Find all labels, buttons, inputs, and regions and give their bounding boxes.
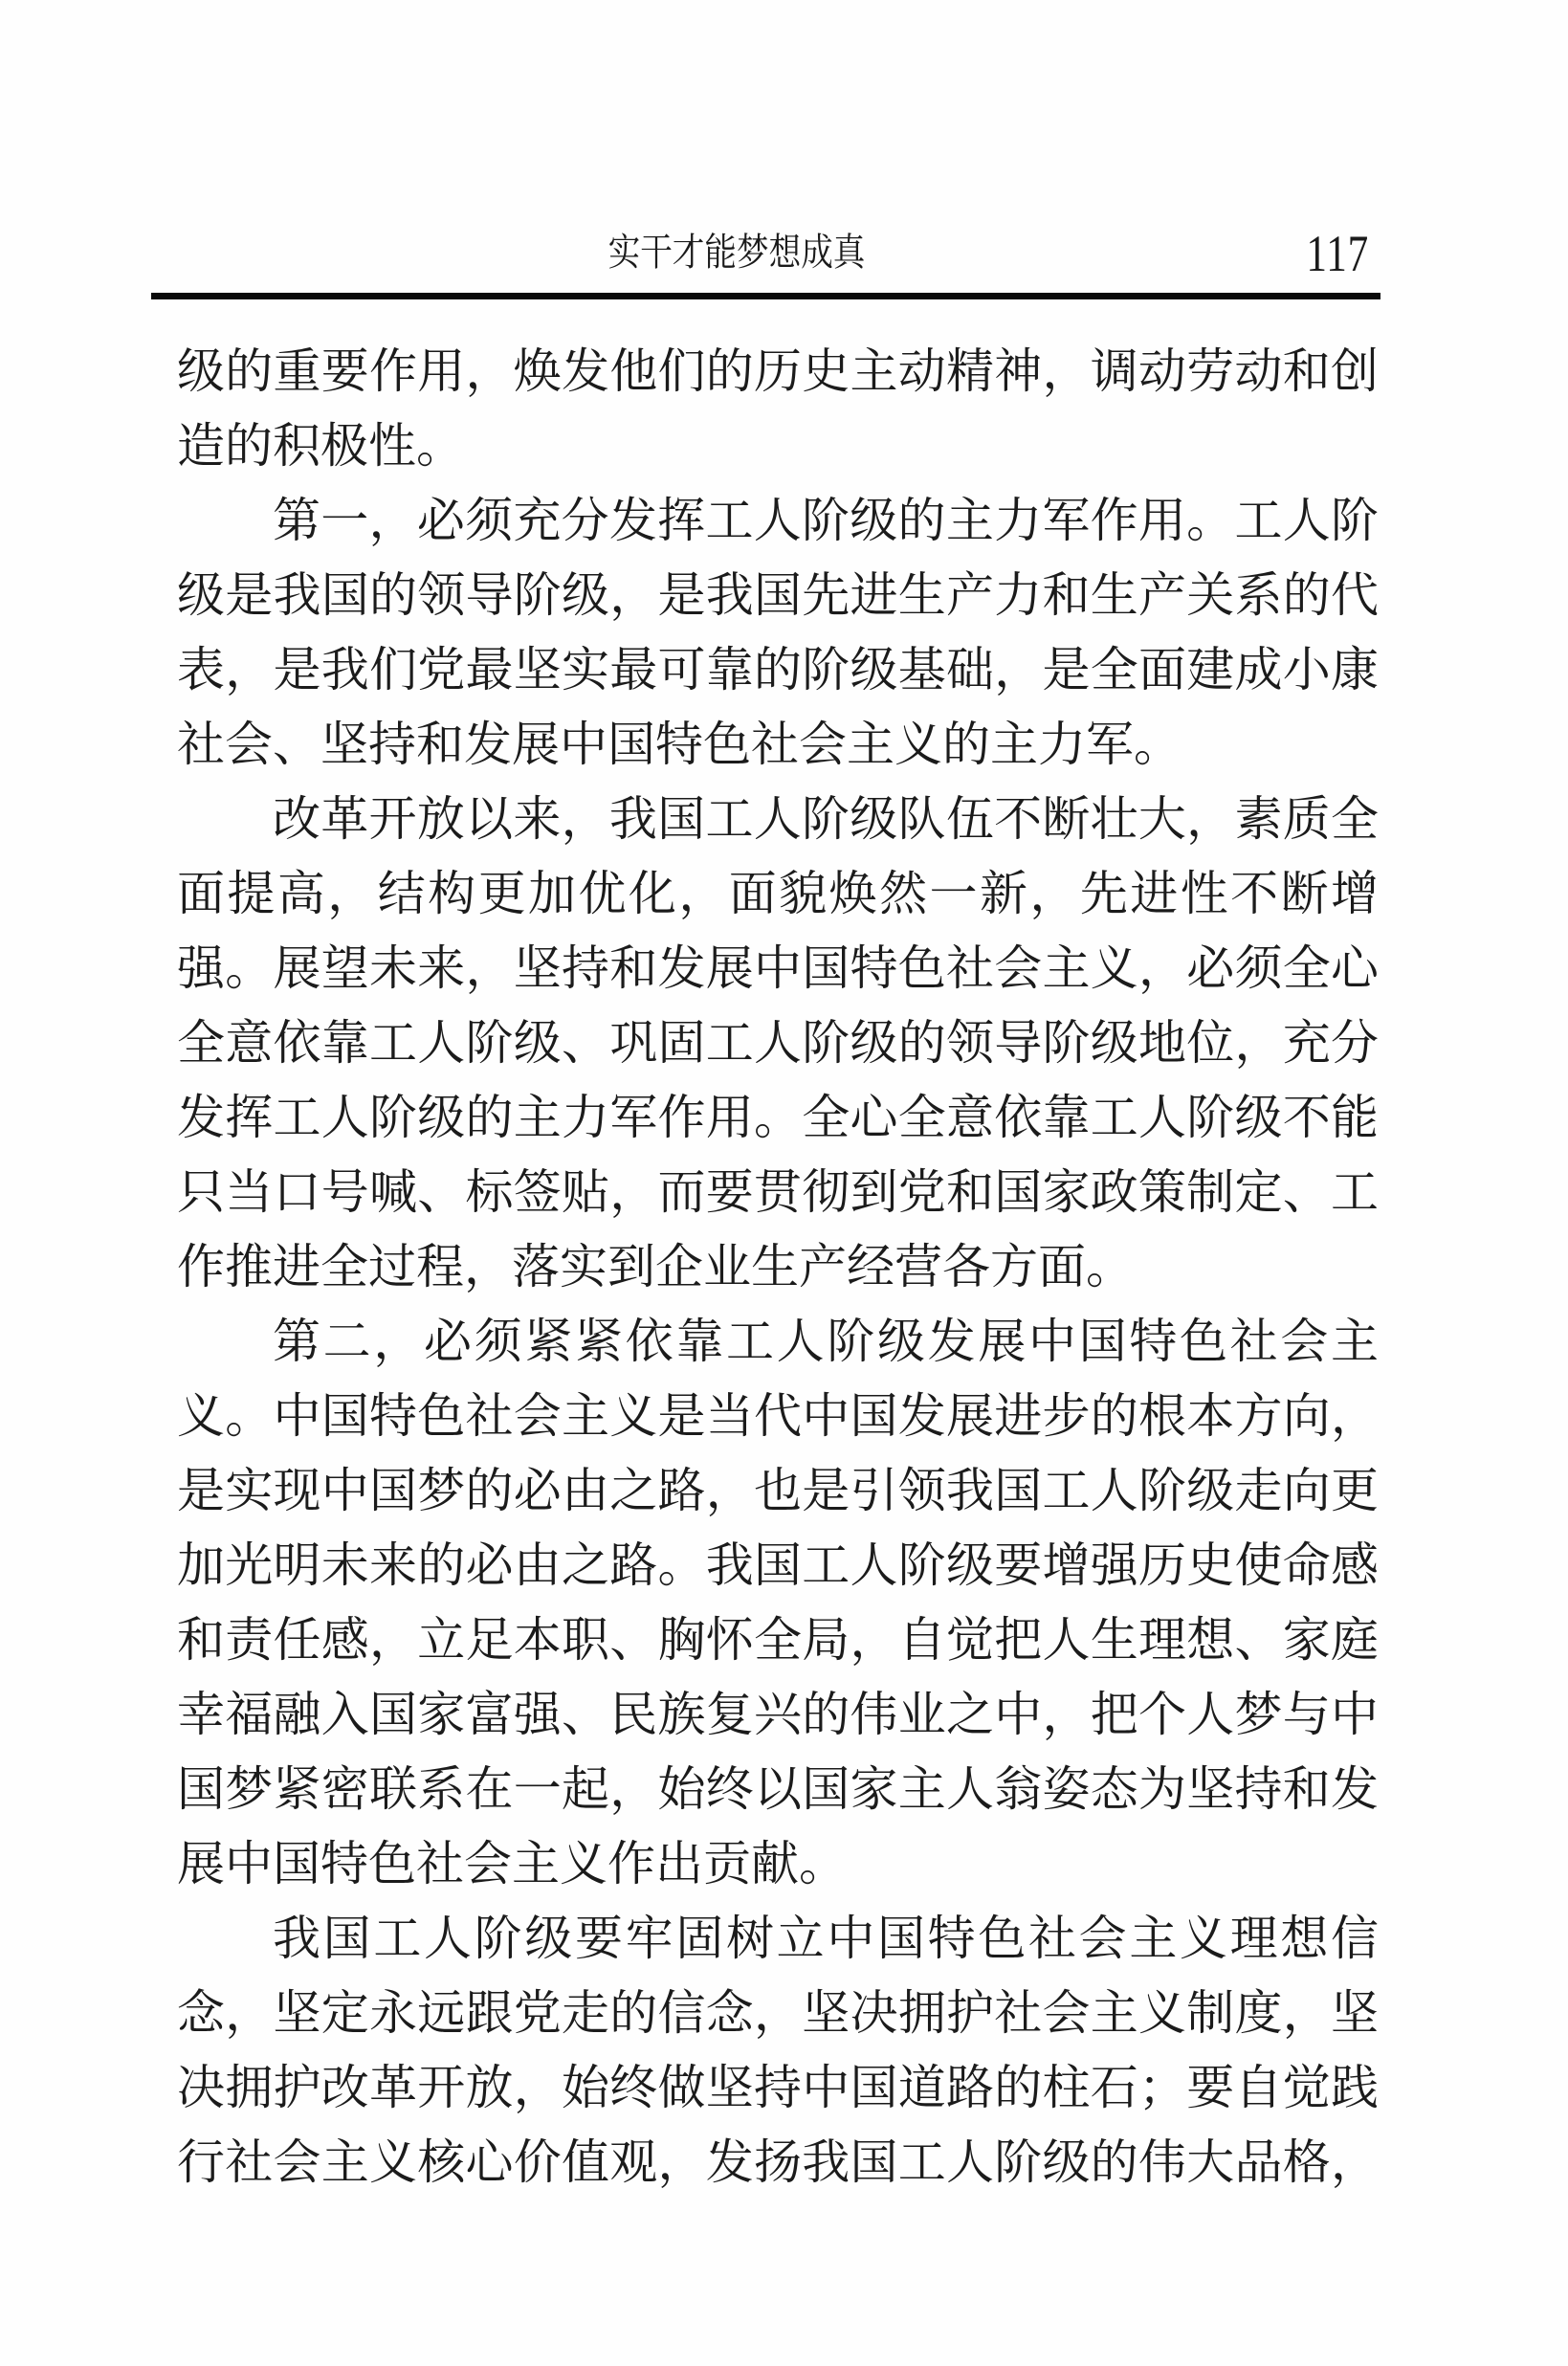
- text-line: 行社会主义核心价值观，发扬我国工人阶级的伟大品格，: [177, 2125, 1379, 2200]
- text-line: 级是我国的领导阶级，是我国先进生产力和生产关系的代: [177, 558, 1379, 632]
- text-line: 造的积极性。: [177, 409, 1379, 483]
- text-line: 义。中国特色社会主义是当代中国发展进步的根本方向，: [177, 1379, 1379, 1453]
- page-header: 实干才能梦想成真 117: [177, 230, 1379, 289]
- text-line: 幸福融入国家富强、民族复兴的伟业之中，把个人梦与中: [177, 1677, 1379, 1752]
- paragraph: 级的重要作用，焕发他们的历史主动精神，调动劳动和创造的积极性。: [177, 334, 1379, 483]
- text-line: 面提高，结构更加优化，面貌焕然一新，先进性不断增: [177, 856, 1379, 931]
- running-title: 实干才能梦想成真: [232, 232, 1241, 274]
- header-rule: [151, 293, 1380, 299]
- text-line: 强。展望未来，坚持和发展中国特色社会主义，必须全心: [177, 931, 1379, 1006]
- body-text: 级的重要作用，焕发他们的历史主动精神，调动劳动和创造的积极性。第一，必须充分发挥…: [177, 334, 1379, 2200]
- text-line: 国梦紧密联系在一起，始终以国家主人翁姿态为坚持和发: [177, 1752, 1379, 1826]
- page-number: 117: [1306, 230, 1369, 277]
- text-line: 决拥护改革开放，始终做坚持中国道路的柱石；要自觉践: [177, 2050, 1379, 2125]
- text-line: 我国工人阶级要牢固树立中国特色社会主义理想信: [177, 1901, 1379, 1976]
- text-line: 社会、坚持和发展中国特色社会主义的主力军。: [177, 707, 1379, 782]
- text-line: 展中国特色社会主义作出贡献。: [177, 1826, 1379, 1901]
- text-line: 发挥工人阶级的主力军作用。全心全意依靠工人阶级不能: [177, 1080, 1379, 1155]
- text-line: 全意依靠工人阶级、巩固工人阶级的领导阶级地位，充分: [177, 1006, 1379, 1080]
- paragraph: 第一，必须充分发挥工人阶级的主力军作用。工人阶级是我国的领导阶级，是我国先进生产…: [177, 483, 1379, 782]
- paragraph: 第二，必须紧紧依靠工人阶级发展中国特色社会主义。中国特色社会主义是当代中国发展进…: [177, 1304, 1379, 1901]
- text-line: 加光明未来的必由之路。我国工人阶级要增强历史使命感: [177, 1528, 1379, 1603]
- paragraph: 改革开放以来，我国工人阶级队伍不断壮大，素质全面提高，结构更加优化，面貌焕然一新…: [177, 782, 1379, 1304]
- text-line: 改革开放以来，我国工人阶级队伍不断壮大，素质全: [177, 782, 1379, 856]
- text-line: 级的重要作用，焕发他们的历史主动精神，调动劳动和创: [177, 334, 1379, 409]
- text-line: 表，是我们党最坚实最可靠的阶级基础，是全面建成小康: [177, 632, 1379, 707]
- text-line: 念，坚定永远跟党走的信念，坚决拥护社会主义制度，坚: [177, 1976, 1379, 2050]
- text-line: 作推进全过程，落实到企业生产经营各方面。: [177, 1229, 1379, 1304]
- text-line: 只当口号喊、标签贴，而要贯彻到党和国家政策制定、工: [177, 1155, 1379, 1229]
- paragraph: 我国工人阶级要牢固树立中国特色社会主义理想信念，坚定永远跟党走的信念，坚决拥护社…: [177, 1901, 1379, 2200]
- text-line: 第一，必须充分发挥工人阶级的主力军作用。工人阶: [177, 483, 1379, 558]
- text-line: 是实现中国梦的必由之路，也是引领我国工人阶级走向更: [177, 1453, 1379, 1528]
- book-page: 实干才能梦想成真 117 级的重要作用，焕发他们的历史主动精神，调动劳动和创造的…: [0, 0, 1568, 2366]
- text-line: 第二，必须紧紧依靠工人阶级发展中国特色社会主: [177, 1304, 1379, 1379]
- text-line: 和责任感，立足本职、胸怀全局，自觉把人生理想、家庭: [177, 1603, 1379, 1677]
